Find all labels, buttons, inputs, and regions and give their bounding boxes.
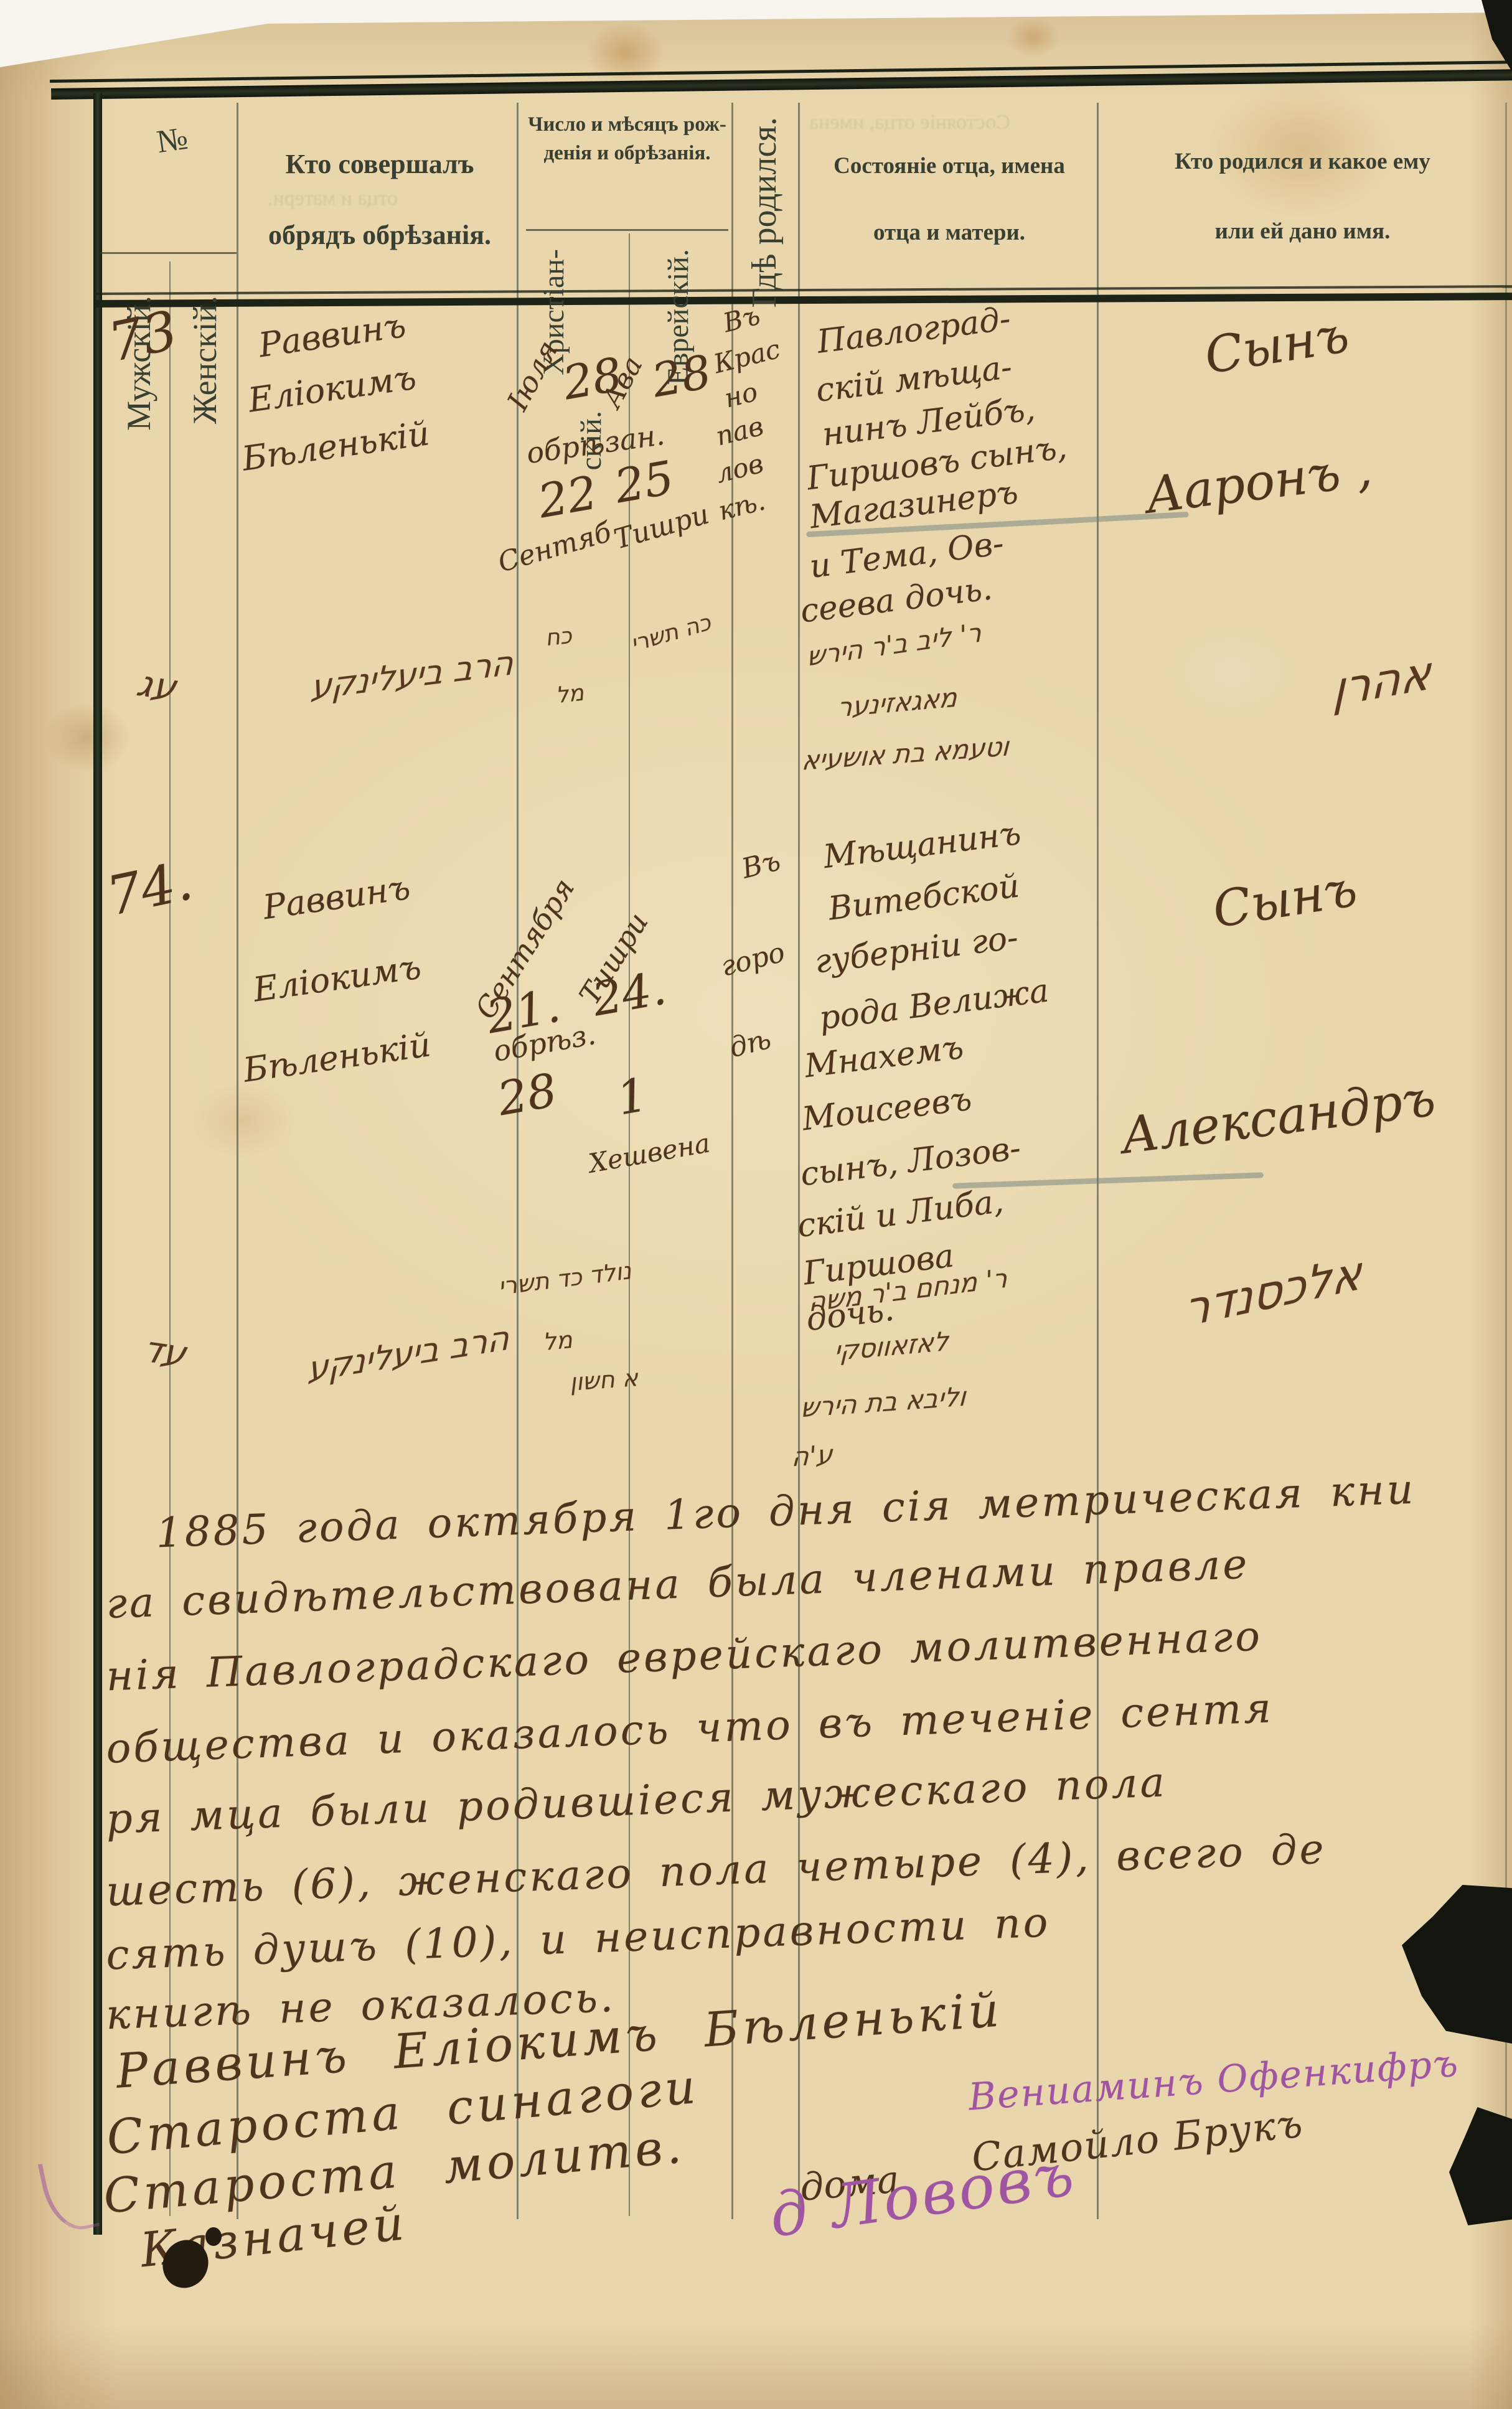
entry-73-hebrew-date-2: מל <box>555 682 585 707</box>
entry-73-christian-circumcision-day: 22 <box>535 469 601 525</box>
header-dates-line2: денія и обрѣзанія. <box>520 142 735 165</box>
ink-blot-small <box>205 2227 222 2246</box>
no-header-underline <box>100 252 237 254</box>
entry-73-jewish-birth-day: 28 <box>649 349 715 404</box>
bleedthrough-text-1: Состояніе отца, имена <box>809 111 1010 134</box>
header-father-line2: отца и матери. <box>800 219 1099 246</box>
entry-73-birthplace-3: но <box>722 378 761 412</box>
header-female: Женскій. <box>185 296 224 424</box>
table-left-rule <box>93 93 102 2235</box>
header-dates-line1: Число и мѣсяцъ рож- <box>520 113 735 136</box>
col-line-father-end <box>1097 103 1099 2219</box>
header-name-line1: Кто родился и какое ему <box>1102 148 1503 175</box>
entry-74-hebrew-date-3: א חשון <box>569 1366 639 1394</box>
entry-74-jewish-birth-day: 24. <box>589 965 669 1023</box>
entry-73-jewish-circumcision-day: 25 <box>611 454 677 510</box>
dates-group-underline <box>526 229 728 231</box>
col-line-officiant-end <box>517 103 519 2219</box>
header-father-line1: Состояніе отца, имена <box>800 153 1099 179</box>
header-born: Гдѣ родился. <box>744 117 784 308</box>
col-line-male-female <box>169 261 171 2216</box>
entry-73-number: 73 <box>104 304 182 370</box>
header-officiant-line2: обрядъ обрѣзанія. <box>246 219 514 251</box>
entry-74-hebrew-father-4: ע'ה <box>791 1442 833 1471</box>
bleedthrough-text-2: отца и матери. <box>268 187 398 210</box>
entry-73-hebrew-date-1: כח <box>544 625 573 650</box>
col-line-right-edge <box>1505 103 1507 2157</box>
header-name-line2: или ей дано имя. <box>1102 218 1503 245</box>
entry-74-christian-circumcision-day: 28 <box>494 1067 560 1122</box>
entry-74-hebrew-date-2: מל <box>542 1328 573 1354</box>
header-officiant-line1: Кто совершалъ <box>246 148 514 180</box>
entry-74-number: 74. <box>103 854 197 924</box>
scanned-register-page: № Мужскій. Женскій. Кто совершалъ обрядъ… <box>0 0 1512 2409</box>
header-no: № <box>154 120 190 161</box>
